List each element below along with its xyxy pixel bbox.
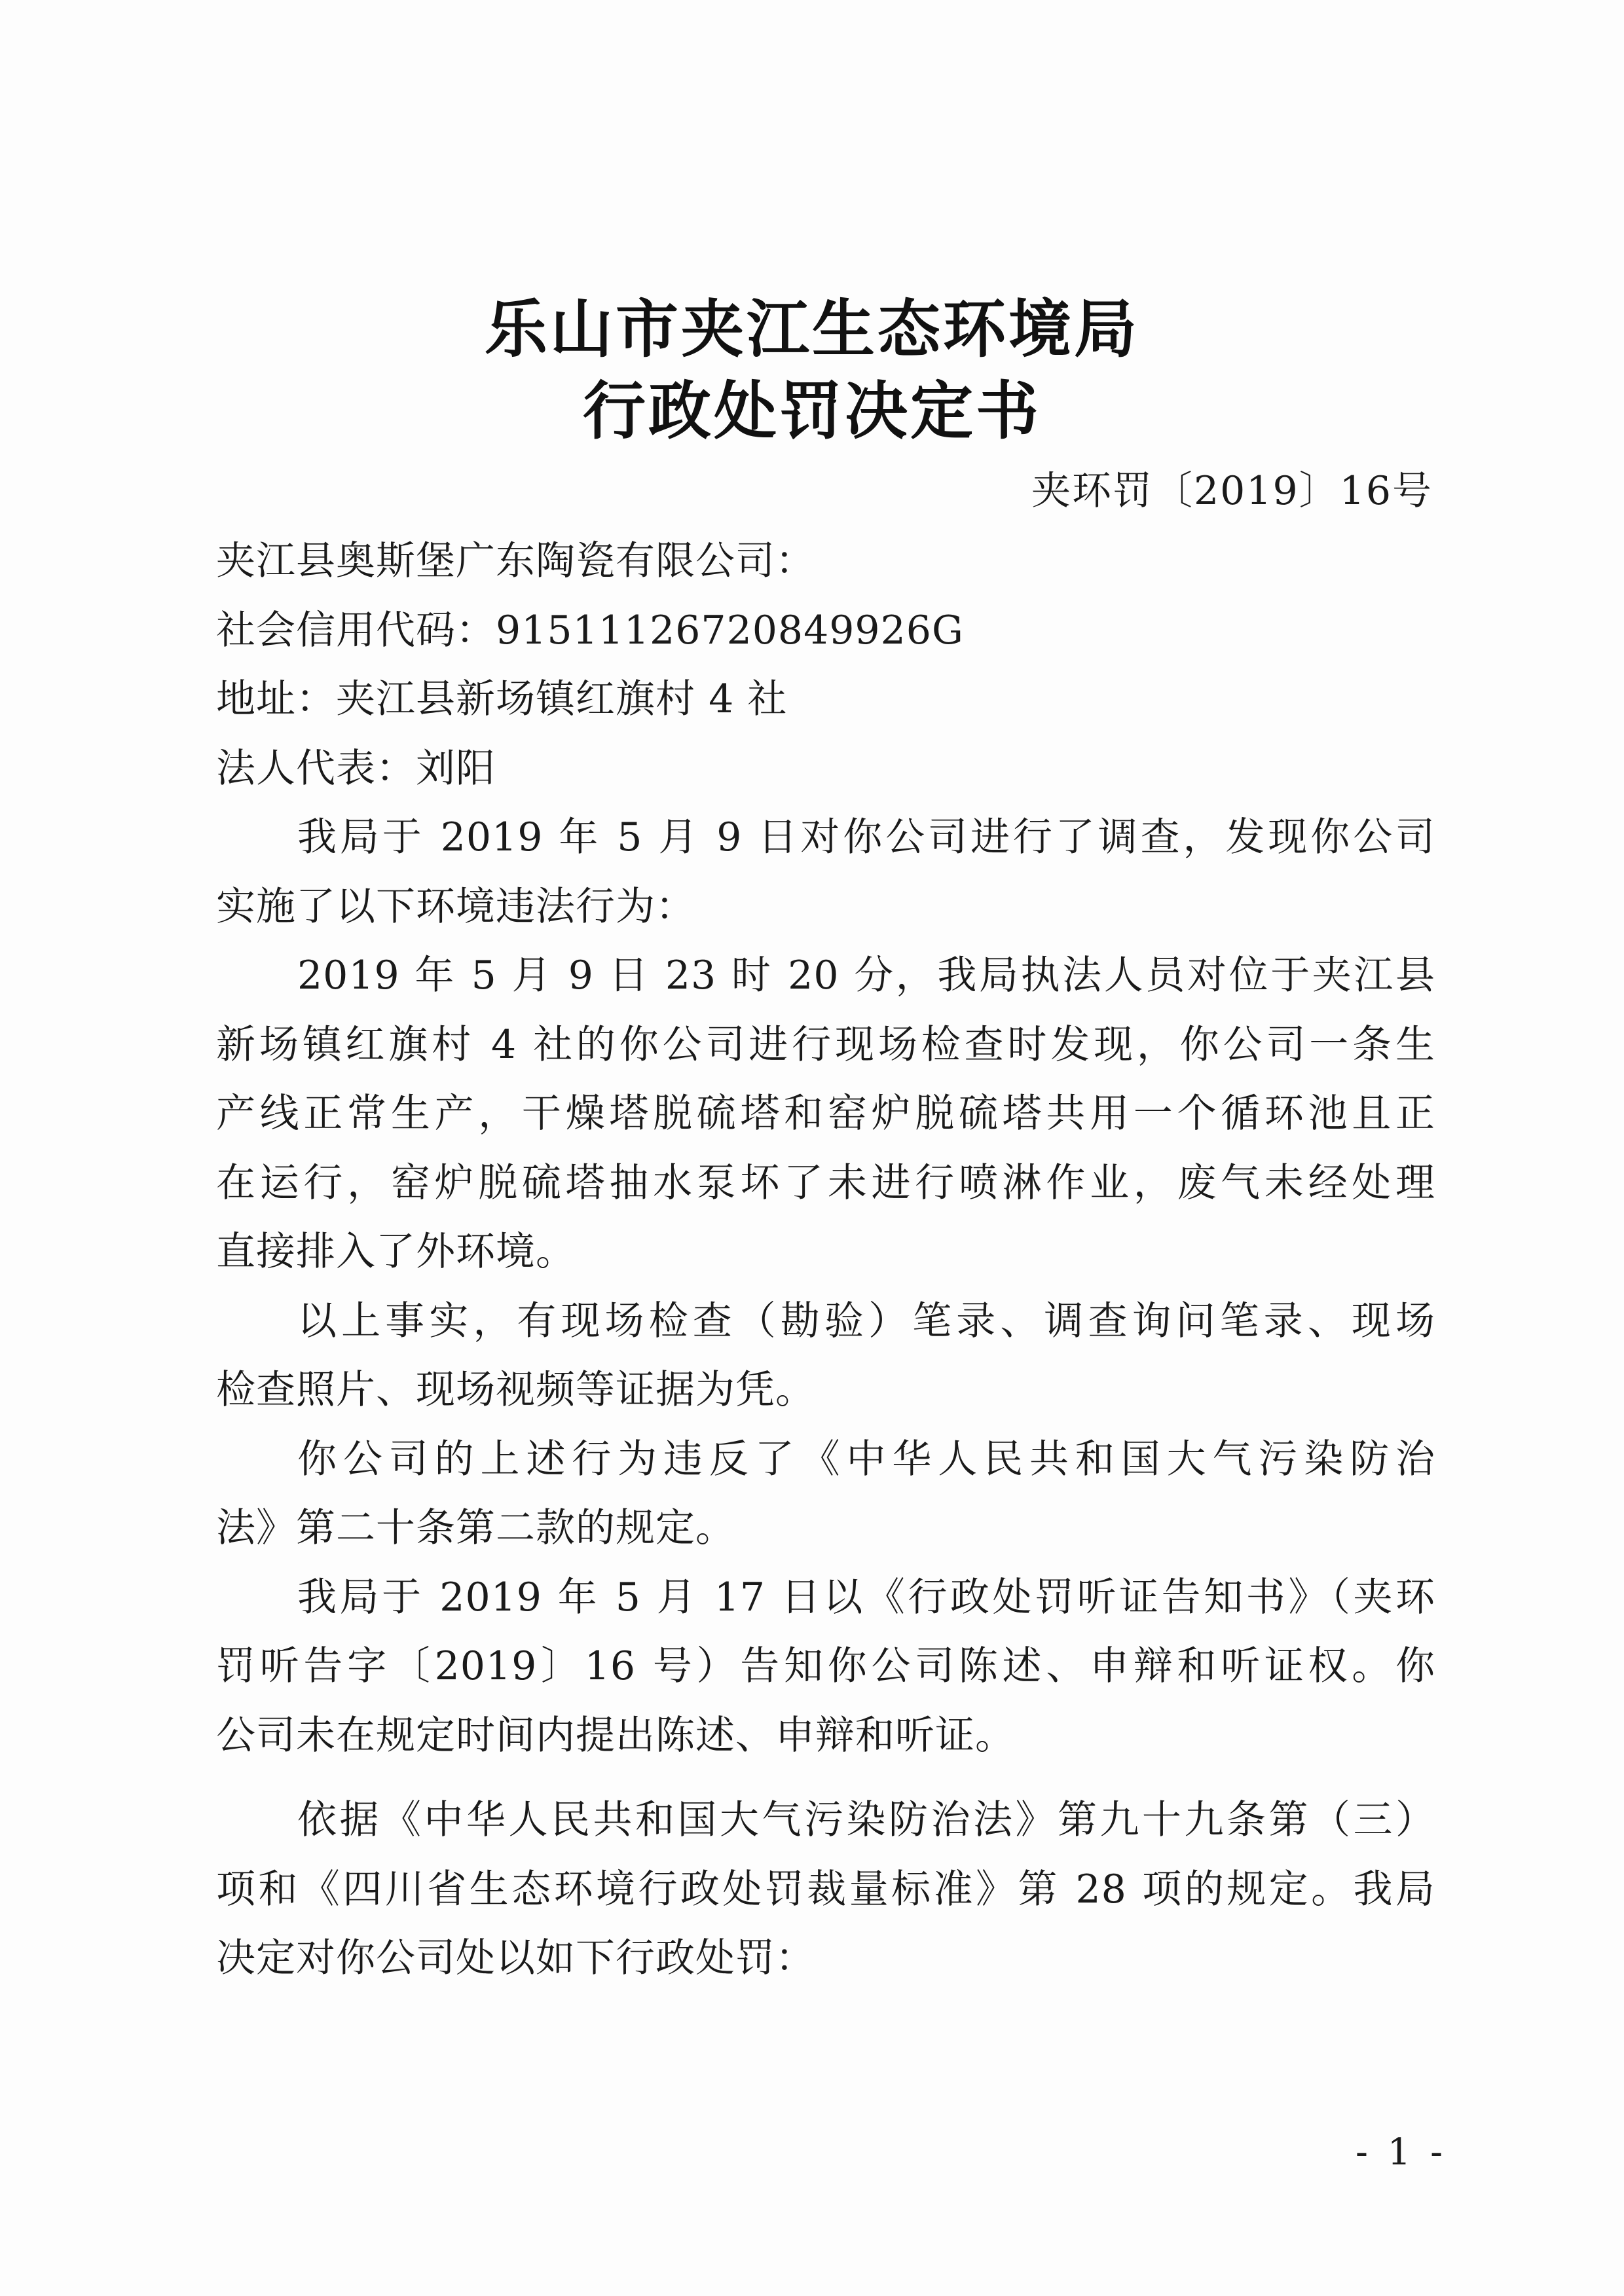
recipient-company: 夹江县奥斯堡广东陶瓷有限公司： — [216, 538, 1435, 608]
paragraph-decision-basis: 依据《中华人民共和国大气污染防治法》第九十九条第（三） 项和《四川省生态环境行政… — [216, 1797, 1435, 2005]
paragraph-facts: 2019 年 5 月 9 日 23 时 20 分，我局执法人员对位于夹江县 新场… — [216, 953, 1435, 1298]
paragraph-line: 项和《四川省生态环境行政处罚裁量标准》第 28 项的规定。我局 — [216, 1867, 1435, 1936]
paragraph-line: 依据《中华人民共和国大气污染防治法》第九十九条第（三） — [216, 1797, 1435, 1867]
paragraph-line: 罚听告字〔2019〕16 号）告知你公司陈述、申辩和听证权。你 — [216, 1643, 1435, 1713]
paragraph-line: 检查照片、现场视频等证据为凭。 — [216, 1367, 1435, 1436]
agency-title: 乐山市夹江生态环境局 — [0, 298, 1624, 361]
paragraph-line: 实施了以下环境违法行为： — [216, 884, 1435, 953]
paragraph-line: 你公司的上述行为违反了《中华人民共和国大气污染防治 — [216, 1436, 1435, 1506]
paragraph-line: 2019 年 5 月 9 日 23 时 20 分，我局执法人员对位于夹江县 — [216, 953, 1435, 1022]
paragraph-line: 新场镇红旗村 4 社的你公司进行现场检查时发现，你公司一条生 — [216, 1022, 1435, 1091]
paragraph-line: 公司未在规定时间内提出陈述、申辩和听证。 — [216, 1713, 1435, 1782]
paragraph-line: 决定对你公司处以如下行政处罚： — [216, 1935, 1435, 2005]
paragraph-investigation: 我局于 2019 年 5 月 9 日对你公司进行了调查，发现你公司 实施了以下环… — [216, 814, 1435, 953]
paragraph-line: 法》第二十条第二款的规定。 — [216, 1505, 1435, 1575]
page-number: - 1 - — [1356, 2131, 1447, 2174]
paragraph-line: 我局于 2019 年 5 月 9 日对你公司进行了调查，发现你公司 — [216, 814, 1435, 884]
document-page: 乐山市夹江生态环境局 行政处罚决定书 夹环罚〔2019〕16号 夹江县奥斯堡广东… — [0, 0, 1624, 2296]
paragraph-line: 产线正常生产，干燥塔脱硫塔和窑炉脱硫塔共用一个循环池且正 — [216, 1091, 1435, 1160]
paragraph-evidence: 以上事实，有现场检查（勘验）笔录、调查询问笔录、现场 检查照片、现场视频等证据为… — [216, 1298, 1435, 1436]
document-number: 夹环罚〔2019〕16号 — [1031, 471, 1433, 511]
document-title: 行政处罚决定书 — [0, 380, 1624, 443]
recipient-credit-code: 社会信用代码：91511126720849926G — [216, 608, 1435, 677]
recipient-legal-rep: 法人代表：刘阳 — [216, 746, 1435, 815]
paragraph-line: 在运行，窑炉脱硫塔抽水泵坏了未进行喷淋作业，废气未经处理 — [216, 1160, 1435, 1230]
paragraph-line: 以上事实，有现场检查（勘验）笔录、调查询问笔录、现场 — [216, 1298, 1435, 1368]
paragraph-line: 直接排入了外环境。 — [216, 1229, 1435, 1298]
document-body: 夹江县奥斯堡广东陶瓷有限公司： 社会信用代码：91511126720849926… — [216, 538, 1435, 2005]
paragraph-violation: 你公司的上述行为违反了《中华人民共和国大气污染防治 法》第二十条第二款的规定。 — [216, 1436, 1435, 1575]
paragraph-hearing-notice: 我局于 2019 年 5 月 17 日以《行政处罚听证告知书》（夹环 罚听告字〔… — [216, 1575, 1435, 1782]
recipient-address: 地址：夹江县新场镇红旗村 4 社 — [216, 676, 1435, 746]
paragraph-line: 我局于 2019 年 5 月 17 日以《行政处罚听证告知书》（夹环 — [216, 1575, 1435, 1644]
